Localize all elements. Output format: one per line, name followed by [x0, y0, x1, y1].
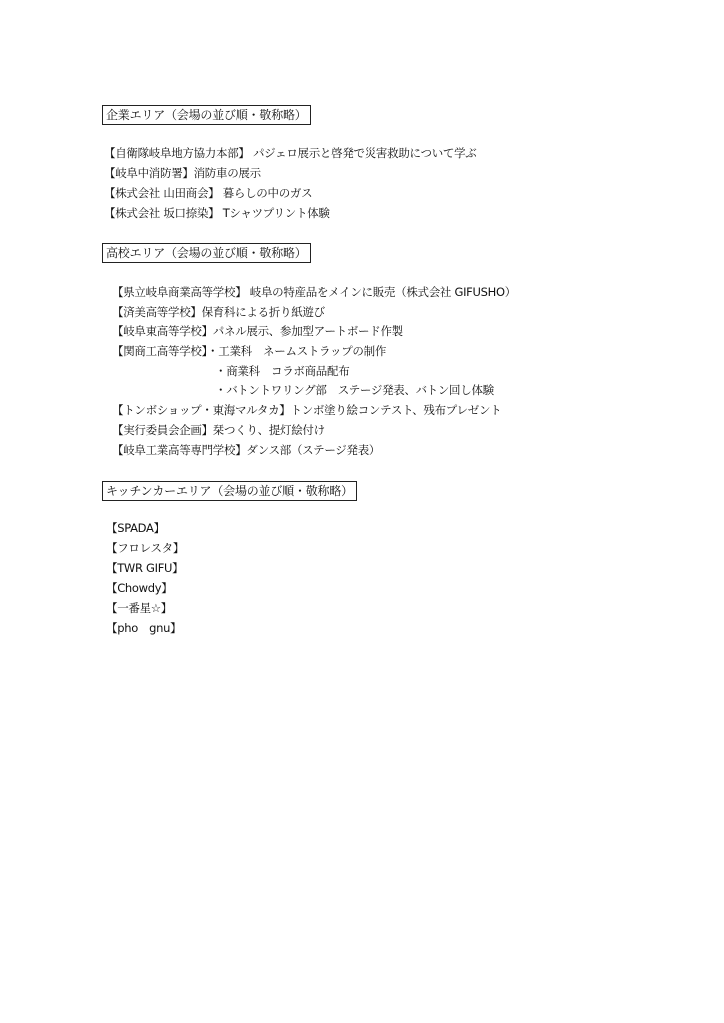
- highschool-item: 【県立岐阜商業高等学校】 岐阜の特産品をメインに販売（株式会社 GIFUSHO）: [112, 282, 516, 302]
- section-header-kitchencar-area: キッチンカーエリア（会場の並び順・敬称略）: [102, 481, 357, 501]
- section-header-highschool-area: 高校エリア（会場の並び順・敬称略）: [102, 243, 311, 263]
- kitchencar-item: 【pho gnu】: [106, 618, 181, 638]
- kitchencar-item: 【フロレスタ】: [106, 538, 184, 558]
- kitchencar-item: 【一番星☆】: [106, 598, 172, 618]
- section-header-company-area: 企業エリア（会場の並び順・敬称略）: [102, 105, 311, 125]
- company-item: 【株式会社 坂口捺染】 Tシャツプリント体験: [104, 203, 330, 223]
- company-item: 【岐阜中消防署】消防車の展示: [104, 163, 261, 183]
- highschool-item: 【実行委員会企画】栞つくり、提灯絵付け: [112, 420, 325, 440]
- company-item: 【株式会社 山田商会】 暮らしの中のガス: [104, 183, 312, 203]
- highschool-item: 【岐阜東高等学校】パネル展示、参加型アートボード作製: [112, 321, 403, 341]
- company-item: 【自衛隊岐阜地方協力本部】 パジェロ展示と啓発で災害救助について学ぶ: [104, 143, 477, 163]
- kitchencar-item: 【Chowdy】: [106, 578, 172, 598]
- highschool-item: 【トンボショップ・東海マルタカ】トンボ塗り絵コンテスト、残布プレゼント: [112, 400, 501, 420]
- highschool-item: 【岐阜工業高等専門学校】ダンス部（ステージ発表）: [112, 440, 380, 460]
- highschool-item: 【関商工高等学校】・工業科 ネームストラップの制作: [112, 341, 386, 361]
- kitchencar-item: 【SPADA】: [106, 518, 165, 538]
- kitchencar-item: 【TWR GIFU】: [106, 558, 183, 578]
- highschool-item: 【済美高等学校】保育科による折り紙遊び: [112, 302, 325, 322]
- highschool-subitem: ・バトントワリング部 ステージ発表、バトン回し体験: [215, 380, 494, 400]
- highschool-subitem: ・商業科 コラボ商品配布: [215, 361, 349, 381]
